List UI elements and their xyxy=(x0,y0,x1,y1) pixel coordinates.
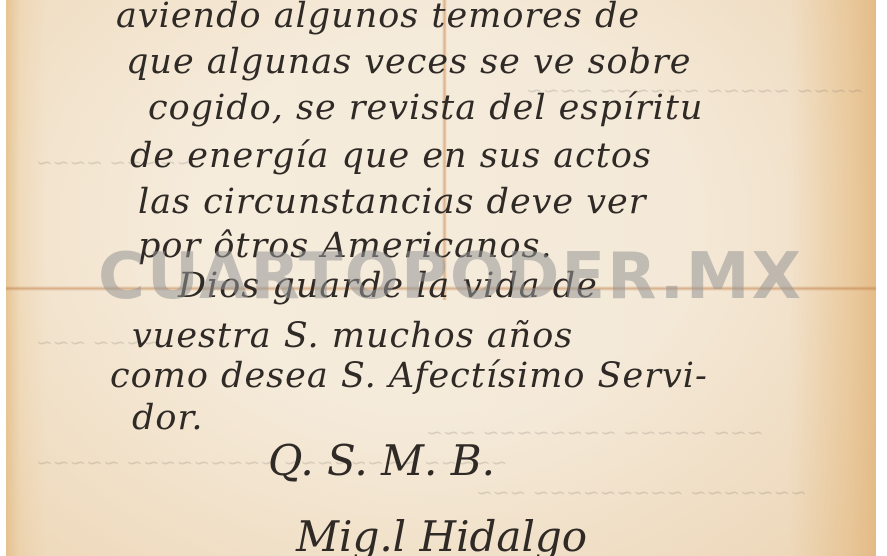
bleed-through-text: ~~~~~~~ ~~~~~~~~~ ~~~ xyxy=(476,480,807,504)
letter-line-5: las circunstancias deve ver xyxy=(138,182,647,222)
letter-line-4: de energía que en sus actos xyxy=(130,136,652,176)
letter-line-2: que algunas veces se ve sobre xyxy=(126,42,691,82)
signature: Mig.l Hidalgo xyxy=(296,512,587,556)
letter-line-1: aviendo algunos temores de xyxy=(116,0,640,36)
letter-page: ~~~~ ~~~~~ ~~~~~~ ~~~~ ~~~~~ ~~~~ ~~~~ ~… xyxy=(6,0,876,556)
closing-initials: Q. S. M. B. xyxy=(268,436,495,485)
letter-line-8: vuestra S. muchos años xyxy=(132,316,573,356)
letter-line-3: cogido, se revista del espíritu xyxy=(148,88,703,128)
letter-line-9: como desea S. Afectísimo Servi- xyxy=(110,356,708,396)
watermark: CUARTOPODER.MX xyxy=(98,240,803,314)
letter-line-10: dor. xyxy=(132,398,204,438)
